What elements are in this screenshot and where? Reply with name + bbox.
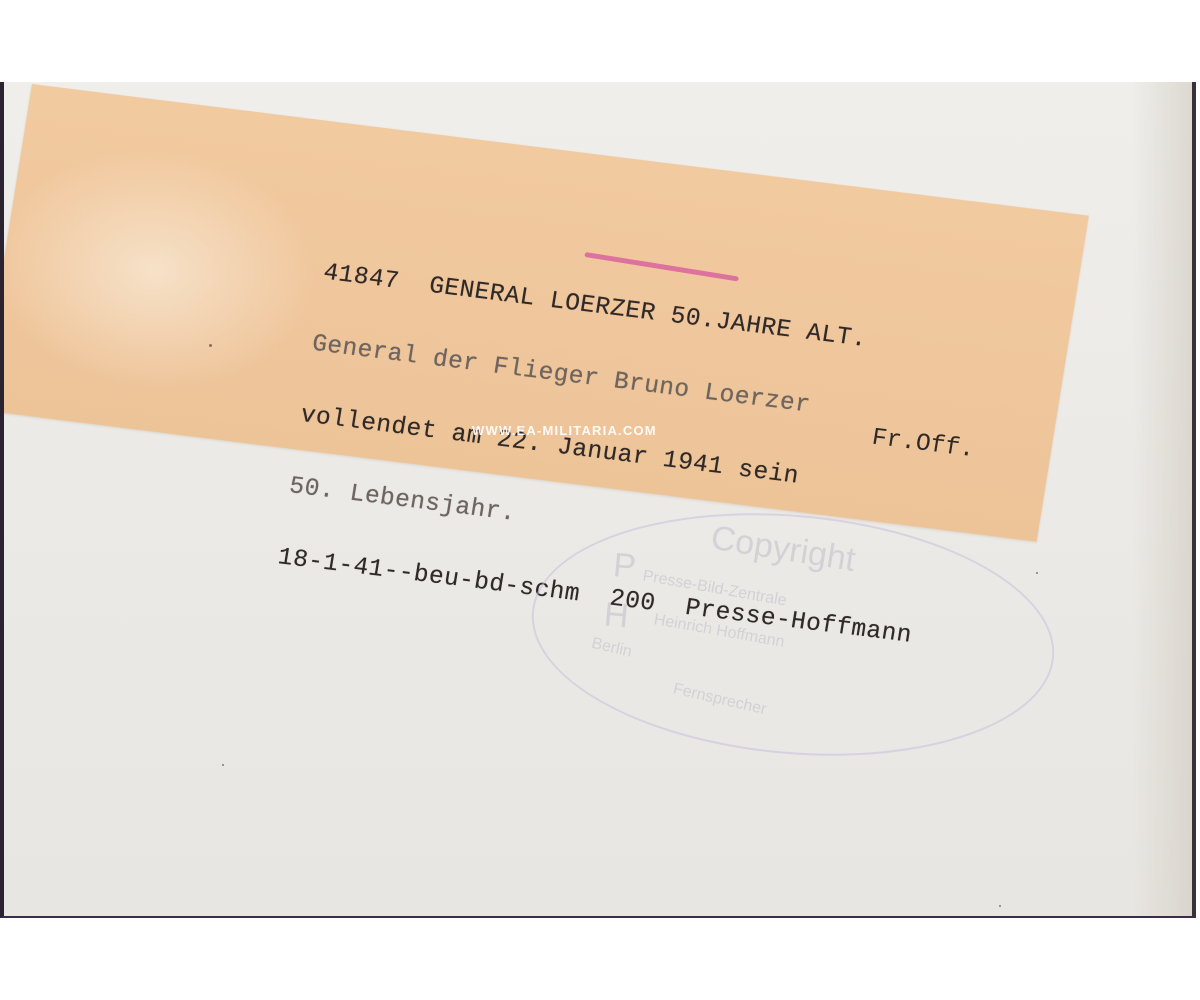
stamp-initial-h: H bbox=[602, 596, 630, 637]
stamp-title: Copyright bbox=[708, 519, 858, 580]
stamp-line-1: Presse-Bild-Zentrale bbox=[641, 567, 788, 610]
paper-speck bbox=[222, 764, 224, 766]
stamp-line-2: Heinrich Hoffmann bbox=[652, 611, 785, 652]
stamp-initial-p: P bbox=[612, 546, 638, 587]
typed-caption-label: 41847 GENERAL LOERZER 50.JAHRE ALT. Gene… bbox=[0, 84, 1089, 542]
site-watermark: WWW.EA-MILITARIA.COM bbox=[472, 423, 657, 438]
paper-speck bbox=[1036, 572, 1038, 574]
photo-back-card: 41847 GENERAL LOERZER 50.JAHRE ALT. Gene… bbox=[0, 82, 1196, 918]
paper-speck bbox=[209, 344, 212, 347]
stamp-line-4: Fernsprecher bbox=[671, 680, 768, 719]
stamp-line-3: Berlin bbox=[590, 635, 634, 662]
caption-signoff: Fr.Off. bbox=[771, 391, 870, 473]
paper-speck bbox=[999, 905, 1001, 907]
